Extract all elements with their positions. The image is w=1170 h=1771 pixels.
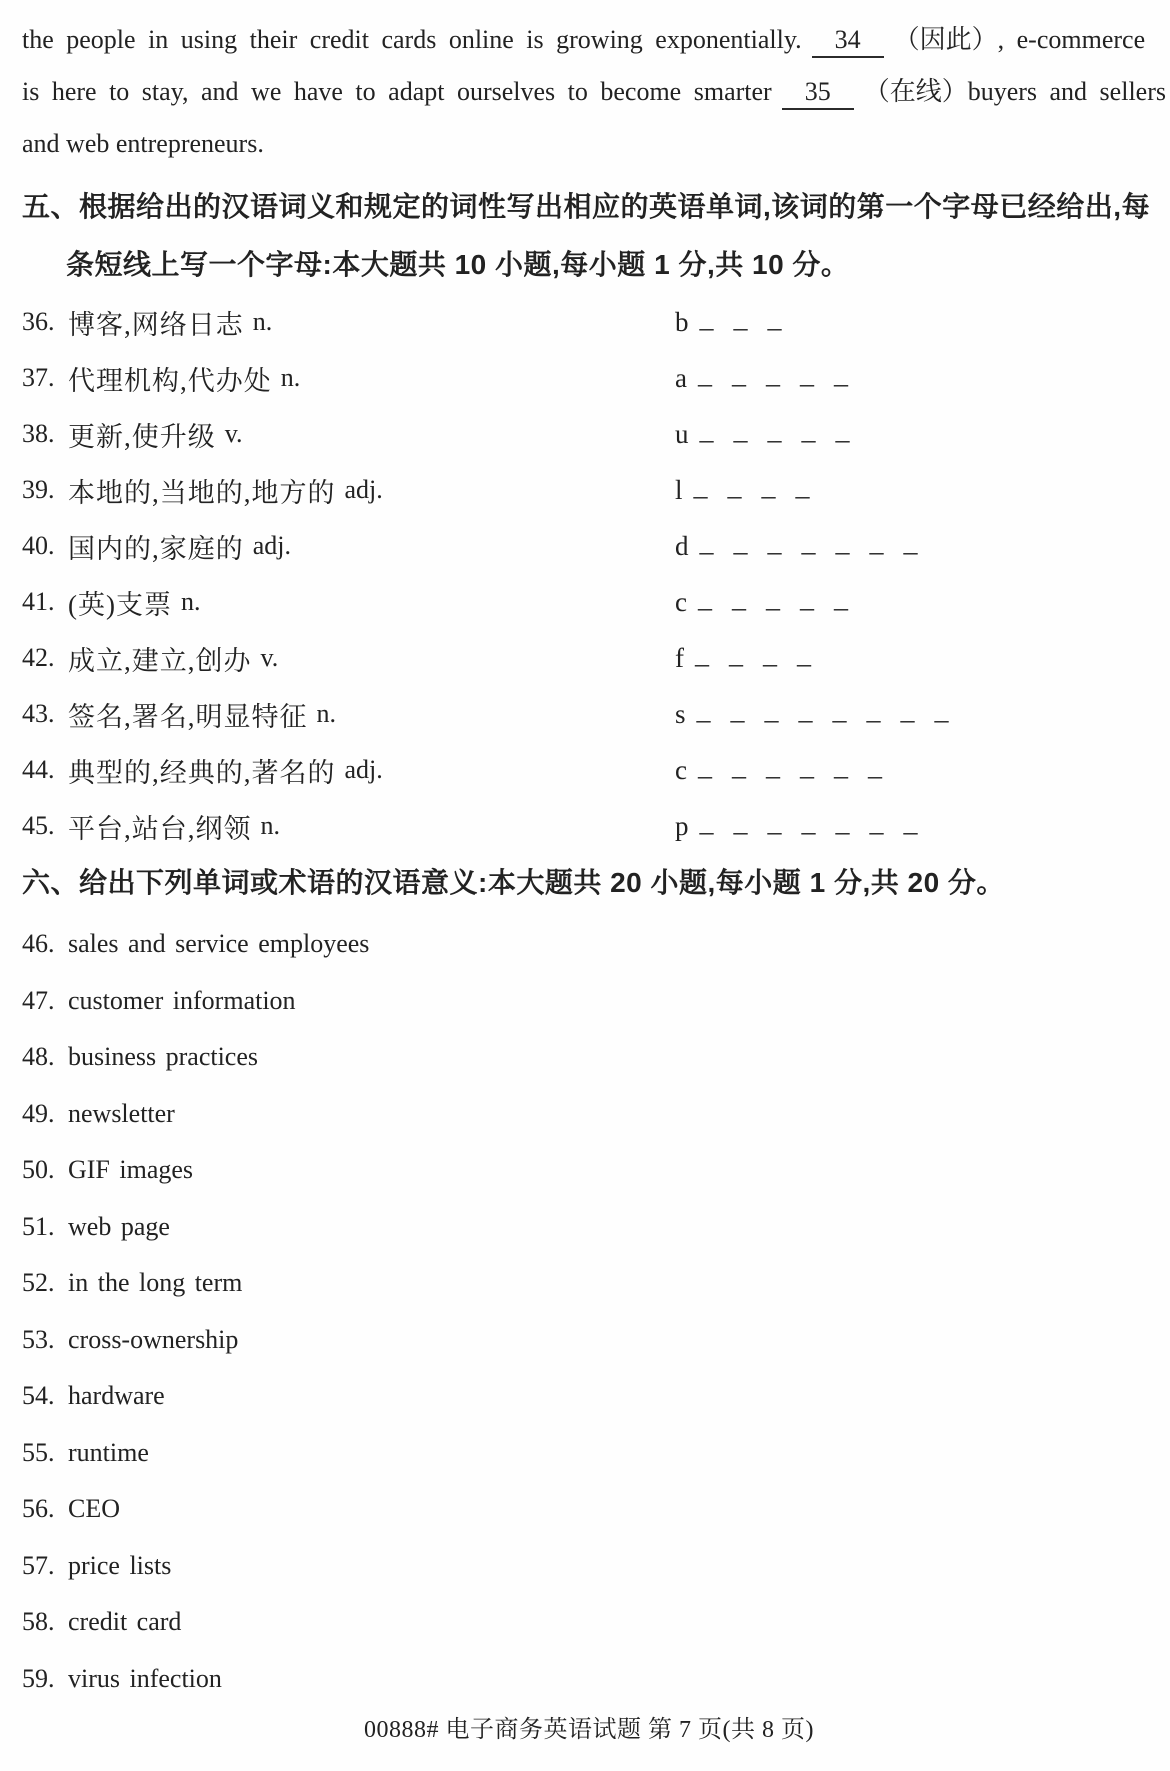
item-pos-tag: adj. (345, 755, 383, 785)
term-text: in the long term (68, 1268, 242, 1298)
answer-first-letter: p (675, 811, 689, 842)
answer-dashes: _ _ _ _ _ _ _ (700, 527, 920, 559)
section5-item-list: 36. 博客,网络日志 n. b_ _ _ 37. 代理机构,代办处 n. a_… (22, 294, 1156, 854)
answer-first-letter: s (675, 699, 686, 730)
intro-line-2-post: （在线）buyers and sellers (864, 77, 1166, 106)
answer-blank: l_ _ _ _ (675, 462, 812, 518)
item-number: 51. (22, 1212, 68, 1242)
answer-first-letter: c (675, 587, 687, 618)
exam-page: the people in using their credit cards o… (0, 0, 1170, 1747)
item-pos-tag: n. (181, 587, 201, 617)
term-text: business practices (68, 1042, 258, 1072)
answer-dashes: _ _ _ _ (695, 639, 813, 671)
term-item-54: 54. hardware (22, 1368, 1156, 1425)
answer-blank: d_ _ _ _ _ _ _ (675, 518, 920, 574)
word-item-44: 44. 典型的,经典的,著名的 adj. c_ _ _ _ _ _ (22, 742, 1156, 798)
item-pos-tag: v. (225, 419, 243, 449)
item-number: 42. (22, 643, 68, 673)
answer-blank: s_ _ _ _ _ _ _ _ (675, 686, 951, 742)
section5-heading: 五、根据给出的汉语词义和规定的词性写出相应的英语单词,该词的第一个字母已经给出,… (22, 178, 1156, 294)
section6-heading: 六、给出下列单词或术语的汉语意义:本大题共 20 小题,每小题 1 分,共 20… (22, 854, 1156, 912)
word-item-39: 39. 本地的,当地的,地方的 adj. l_ _ _ _ (22, 462, 1156, 518)
item-pos-tag: n. (281, 363, 301, 393)
answer-blank: f_ _ _ _ (675, 630, 813, 686)
term-item-57: 57. price lists (22, 1538, 1156, 1595)
item-number: 37. (22, 363, 68, 393)
term-item-59: 59. virus infection (22, 1651, 1156, 1708)
term-text: cross-ownership (68, 1325, 238, 1355)
item-number: 47. (22, 986, 68, 1016)
answer-first-letter: l (675, 475, 683, 506)
term-item-58: 58. credit card (22, 1594, 1156, 1651)
section6-item-list: 46. sales and service employees 47. cust… (22, 916, 1156, 1707)
intro-line-1-pre: the people in using their credit cards o… (22, 25, 802, 54)
term-text: CEO (68, 1494, 120, 1524)
answer-first-letter: b (675, 307, 689, 338)
answer-first-letter: u (675, 419, 689, 450)
term-text: customer information (68, 986, 296, 1016)
word-item-42: 42. 成立,建立,创办 v. f_ _ _ _ (22, 630, 1156, 686)
intro-line-1: the people in using their credit cards o… (22, 14, 1156, 66)
item-chinese-prompt: 成立,建立,创办 (68, 639, 252, 678)
term-item-48: 48. business practices (22, 1029, 1156, 1086)
term-item-56: 56. CEO (22, 1481, 1156, 1538)
answer-dashes: _ _ _ _ _ (698, 583, 850, 615)
item-number: 43. (22, 699, 68, 729)
item-pos-tag: adj. (253, 531, 291, 561)
item-number: 41. (22, 587, 68, 617)
item-number: 40. (22, 531, 68, 561)
item-number: 49. (22, 1099, 68, 1129)
item-number: 45. (22, 811, 68, 841)
answer-first-letter: c (675, 755, 687, 786)
term-text: hardware (68, 1381, 165, 1411)
intro-line-2: is here to stay, and we have to adapt ou… (22, 66, 1156, 118)
term-text: web page (68, 1212, 170, 1242)
item-chinese-prompt: 本地的,当地的,地方的 (68, 471, 336, 510)
item-chinese-prompt: 代理机构,代办处 (68, 359, 272, 398)
word-item-43: 43. 签名,署名,明显特征 n. s_ _ _ _ _ _ _ _ (22, 686, 1156, 742)
cloze-blank-35: 35 (782, 77, 854, 110)
answer-first-letter: a (675, 363, 687, 394)
term-item-55: 55. runtime (22, 1425, 1156, 1482)
term-item-47: 47. customer information (22, 973, 1156, 1030)
intro-line-2-pre: is here to stay, and we have to adapt ou… (22, 77, 772, 106)
word-item-40: 40. 国内的,家庭的 adj. d_ _ _ _ _ _ _ (22, 518, 1156, 574)
term-text: GIF images (68, 1155, 193, 1185)
answer-blank: u_ _ _ _ _ (675, 406, 852, 462)
intro-line-1-post: （因此）, e-commerce (894, 25, 1145, 54)
item-chinese-prompt: 典型的,经典的,著名的 (68, 751, 336, 790)
item-chinese-prompt: (英)支票 (68, 583, 172, 622)
item-chinese-prompt: 更新,使升级 (68, 415, 216, 454)
term-text: runtime (68, 1438, 149, 1468)
answer-blank: c_ _ _ _ _ (675, 574, 850, 630)
item-chinese-prompt: 国内的,家庭的 (68, 527, 244, 566)
item-number: 39. (22, 475, 68, 505)
item-number: 56. (22, 1494, 68, 1524)
item-number: 48. (22, 1042, 68, 1072)
item-number: 53. (22, 1325, 68, 1355)
item-pos-tag: n. (253, 307, 273, 337)
item-number: 52. (22, 1268, 68, 1298)
term-text: virus infection (68, 1664, 222, 1694)
item-number: 58. (22, 1607, 68, 1637)
item-pos-tag: v. (261, 643, 279, 673)
answer-first-letter: f (675, 643, 684, 674)
item-number: 38. (22, 419, 68, 449)
term-item-46: 46. sales and service employees (22, 916, 1156, 973)
item-number: 54. (22, 1381, 68, 1411)
item-pos-tag: n. (261, 811, 281, 841)
term-text: credit card (68, 1607, 181, 1637)
item-number: 44. (22, 755, 68, 785)
answer-blank: c_ _ _ _ _ _ (675, 742, 884, 798)
answer-blank: p_ _ _ _ _ _ _ (675, 798, 920, 854)
term-item-50: 50. GIF images (22, 1142, 1156, 1199)
term-text: sales and service employees (68, 929, 369, 959)
item-number: 46. (22, 929, 68, 959)
answer-dashes: _ _ _ _ _ _ (698, 751, 884, 783)
answer-dashes: _ _ _ _ _ (698, 359, 850, 391)
intro-paragraph: the people in using their credit cards o… (22, 14, 1156, 170)
item-pos-tag: adj. (345, 475, 383, 505)
item-chinese-prompt: 博客,网络日志 (68, 303, 244, 342)
section5-heading-line1: 五、根据给出的汉语词义和规定的词性写出相应的英语单词,该词的第一个字母已经给出,… (22, 191, 1150, 222)
item-number: 57. (22, 1551, 68, 1581)
answer-dashes: _ _ _ _ _ _ _ _ (697, 695, 951, 727)
item-chinese-prompt: 签名,署名,明显特征 (68, 695, 308, 734)
item-pos-tag: n. (317, 699, 337, 729)
page-footer: 00888# 电子商务英语试题 第 7 页(共 8 页) (22, 1713, 1156, 1747)
answer-dashes: _ _ _ _ _ _ _ (700, 807, 920, 839)
term-item-53: 53. cross-ownership (22, 1312, 1156, 1369)
answer-dashes: _ _ _ (700, 303, 784, 335)
section5-heading-line2: 条短线上写一个字母:本大题共 10 小题,每小题 1 分,共 10 分。 (22, 236, 1156, 294)
word-item-36: 36. 博客,网络日志 n. b_ _ _ (22, 294, 1156, 350)
item-number: 59. (22, 1664, 68, 1694)
item-number: 55. (22, 1438, 68, 1468)
answer-dashes: _ _ _ _ (694, 471, 812, 503)
item-number: 50. (22, 1155, 68, 1185)
cloze-blank-34: 34 (812, 25, 884, 58)
term-text: price lists (68, 1551, 171, 1581)
answer-blank: a_ _ _ _ _ (675, 350, 850, 406)
term-item-52: 52. in the long term (22, 1255, 1156, 1312)
term-item-51: 51. web page (22, 1199, 1156, 1256)
term-text: newsletter (68, 1099, 175, 1129)
answer-first-letter: d (675, 531, 689, 562)
term-item-49: 49. newsletter (22, 1086, 1156, 1143)
answer-dashes: _ _ _ _ _ (700, 415, 852, 447)
word-item-38: 38. 更新,使升级 v. u_ _ _ _ _ (22, 406, 1156, 462)
word-item-41: 41. (英)支票 n. c_ _ _ _ _ (22, 574, 1156, 630)
answer-blank: b_ _ _ (675, 294, 784, 350)
item-chinese-prompt: 平台,站台,纲领 (68, 807, 252, 846)
word-item-45: 45. 平台,站台,纲领 n. p_ _ _ _ _ _ _ (22, 798, 1156, 854)
intro-line-3: and web entrepreneurs. (22, 118, 1156, 170)
word-item-37: 37. 代理机构,代办处 n. a_ _ _ _ _ (22, 350, 1156, 406)
item-number: 36. (22, 307, 68, 337)
